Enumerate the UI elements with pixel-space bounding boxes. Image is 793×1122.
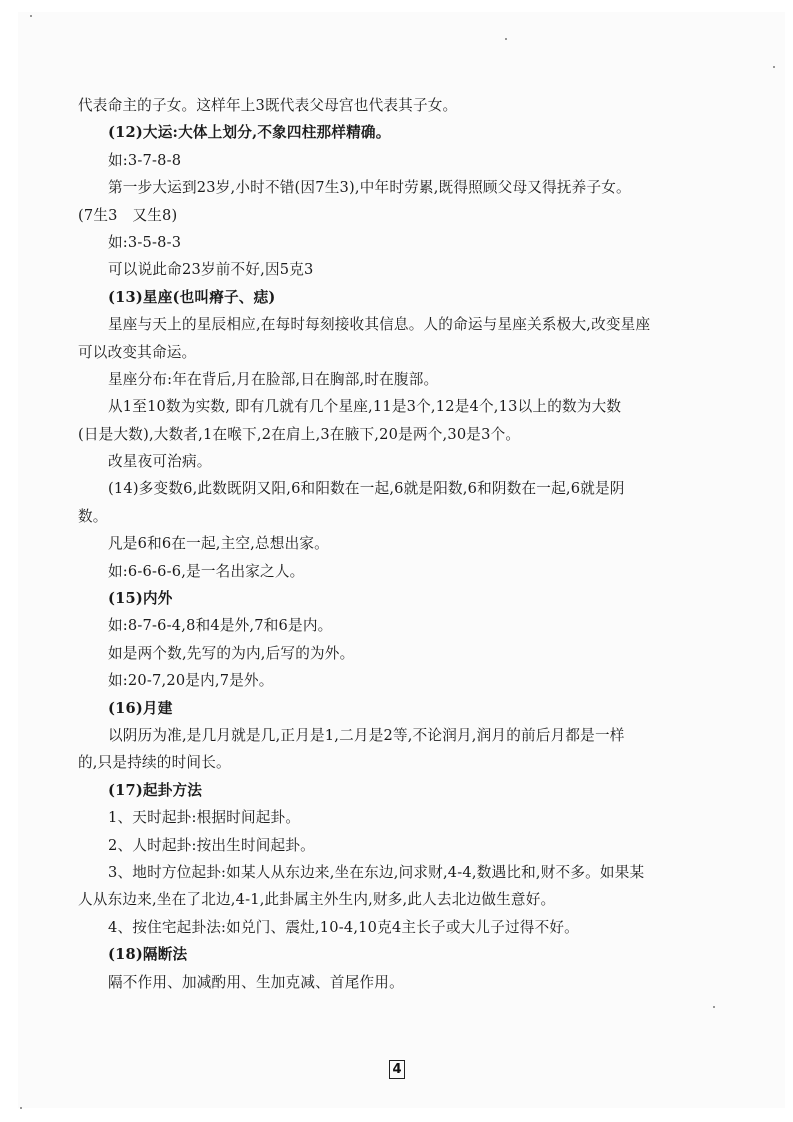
text-line: (7生3 又生8) (78, 202, 724, 229)
line-text: 从1至10数为实数, 即有几就有几个星座,11是3个,12是4个,13以上的数为… (108, 398, 621, 415)
text-line: 代表命主的子女。这样年上3既代表父母宫也代表其子女。 (78, 92, 724, 119)
scan-speck (773, 66, 775, 68)
text-line: 4、按住宅起卦法:如兑门、震灶,10-4,10克4主长子或大儿子过得不好。 (78, 914, 724, 941)
text-line: 第一步大运到23岁,小时不错(因7生3),中年时劳累,既得照顾父母又得抚养子女。 (78, 174, 724, 201)
text-line: 如:6-6-6-6,是一名出家之人。 (78, 558, 724, 585)
line-text: 如:3-7-8-8 (108, 152, 181, 169)
line-text: 如:3-5-8-3 (108, 234, 181, 251)
section-heading: (17)起卦方法 (78, 777, 724, 804)
text-line: 从1至10数为实数, 即有几就有几个星座,11是3个,12是4个,13以上的数为… (78, 393, 724, 420)
text-line: 如:20-7,20是内,7是外。 (78, 667, 724, 694)
line-text: 1、天时起卦:根据时间起卦。 (108, 809, 300, 826)
section-heading: (18)隔断法 (78, 941, 724, 968)
text-line: 凡是6和6在一起,主空,总想出家。 (78, 530, 724, 557)
text-line: 可以改变其命运。 (78, 339, 724, 366)
line-text: (日是大数),大数者,1在喉下,2在肩上,3在腋下,20是两个,30是3个。 (78, 426, 520, 443)
scan-speck (505, 38, 507, 40)
section-heading: (15)内外 (78, 585, 724, 612)
text-line: 星座分布:年在背后,月在脸部,日在胸部,时在腹部。 (78, 366, 724, 393)
line-text: 代表命主的子女。这样年上3既代表父母宫也代表其子女。 (78, 97, 457, 114)
text-line: 如:3-7-8-8 (78, 147, 724, 174)
section-heading: (16)月建 (78, 695, 724, 722)
text-line: 以阴历为准,是几月就是几,正月是1,二月是2等,不论润月,润月的前后月都是一样 (78, 722, 724, 749)
text-line: 可以说此命23岁前不好,因5克3 (78, 256, 724, 283)
line-text: 2、人时起卦:按出生时间起卦。 (108, 837, 315, 854)
text-line: 隔不作用、加减酌用、生加克减、首尾作用。 (78, 969, 724, 996)
line-text: (15)内外 (108, 590, 173, 607)
line-text: (17)起卦方法 (108, 782, 202, 799)
line-text: (7生3 又生8) (78, 207, 177, 224)
text-line: 如:8-7-6-4,8和4是外,7和6是内。 (78, 612, 724, 639)
line-text: 星座分布:年在背后,月在脸部,日在胸部,时在腹部。 (108, 371, 438, 388)
text-line: 的,只是持续的时间长。 (78, 749, 724, 776)
line-text: 隔不作用、加减酌用、生加克减、首尾作用。 (108, 974, 404, 991)
text-line: 如:3-5-8-3 (78, 229, 724, 256)
text-line: (14)多变数6,此数既阴又阳,6和阳数在一起,6就是阳数,6和阴数在一起,6就… (78, 475, 724, 502)
line-text: 3、地时方位起卦:如某人从东边来,坐在东边,问求财,4-4,数遇比和,财不多。如… (108, 864, 644, 881)
scan-speck (20, 1107, 22, 1109)
text-line: 3、地时方位起卦:如某人从东边来,坐在东边,问求财,4-4,数遇比和,财不多。如… (78, 859, 724, 886)
line-text: 第一步大运到23岁,小时不错(因7生3),中年时劳累,既得照顾父母又得抚养子女。 (108, 179, 631, 196)
line-text: 可以说此命23岁前不好,因5克3 (108, 261, 314, 278)
line-text: 可以改变其命运。 (78, 344, 196, 361)
line-text: (16)月建 (108, 700, 173, 717)
line-text: 4、按住宅起卦法:如兑门、震灶,10-4,10克4主长子或大儿子过得不好。 (108, 919, 579, 936)
text-line: (日是大数),大数者,1在喉下,2在肩上,3在腋下,20是两个,30是3个。 (78, 421, 724, 448)
text-line: 2、人时起卦:按出生时间起卦。 (78, 832, 724, 859)
scan-speck (30, 15, 32, 17)
document-body: 代表命主的子女。这样年上3既代表父母宫也代表其子女。 (12)大运:大体上划分,… (78, 92, 724, 996)
line-text: 以阴历为准,是几月就是几,正月是1,二月是2等,不论润月,润月的前后月都是一样 (108, 727, 625, 744)
line-text: 如是两个数,先写的为内,后写的为外。 (108, 645, 354, 662)
line-text: (14)多变数6,此数既阴又阳,6和阳数在一起,6就是阳数,6和阴数在一起,6就… (108, 480, 625, 497)
text-line: 人从东边来,坐在了北边,4-1,此卦属主外生内,财多,此人去北边做生意好。 (78, 886, 724, 913)
line-text: (13)星座(也叫瘠子、痣) (108, 289, 275, 306)
text-line: 数。 (78, 503, 724, 530)
page-number: 4 (389, 1060, 405, 1079)
scan-speck (713, 1006, 715, 1008)
section-heading: (12)大运:大体上划分,不象四柱那样精确。 (78, 119, 724, 146)
text-line: 如是两个数,先写的为内,后写的为外。 (78, 640, 724, 667)
line-text: (18)隔断法 (108, 946, 187, 963)
line-text: 人从东边来,坐在了北边,4-1,此卦属主外生内,财多,此人去北边做生意好。 (78, 891, 555, 908)
line-text: 数。 (78, 508, 108, 525)
line-text: 的,只是持续的时间长。 (78, 754, 231, 771)
text-line: 1、天时起卦:根据时间起卦。 (78, 804, 724, 831)
section-heading: (13)星座(也叫瘠子、痣) (78, 284, 724, 311)
line-text: (12)大运:大体上划分,不象四柱那样精确。 (108, 124, 391, 141)
line-text: 如:8-7-6-4,8和4是外,7和6是内。 (108, 617, 332, 634)
line-text: 凡是6和6在一起,主空,总想出家。 (108, 535, 329, 552)
text-line: 改星夜可治病。 (78, 448, 724, 475)
line-text: 如:6-6-6-6,是一名出家之人。 (108, 563, 304, 580)
text-line: 星座与天上的星辰相应,在每时每刻接收其信息。人的命运与星座关系极大,改变星座 (78, 311, 724, 338)
line-text: 改星夜可治病。 (108, 453, 212, 470)
line-text: 如:20-7,20是内,7是外。 (108, 672, 274, 689)
line-text: 星座与天上的星辰相应,在每时每刻接收其信息。人的命运与星座关系极大,改变星座 (108, 316, 650, 333)
